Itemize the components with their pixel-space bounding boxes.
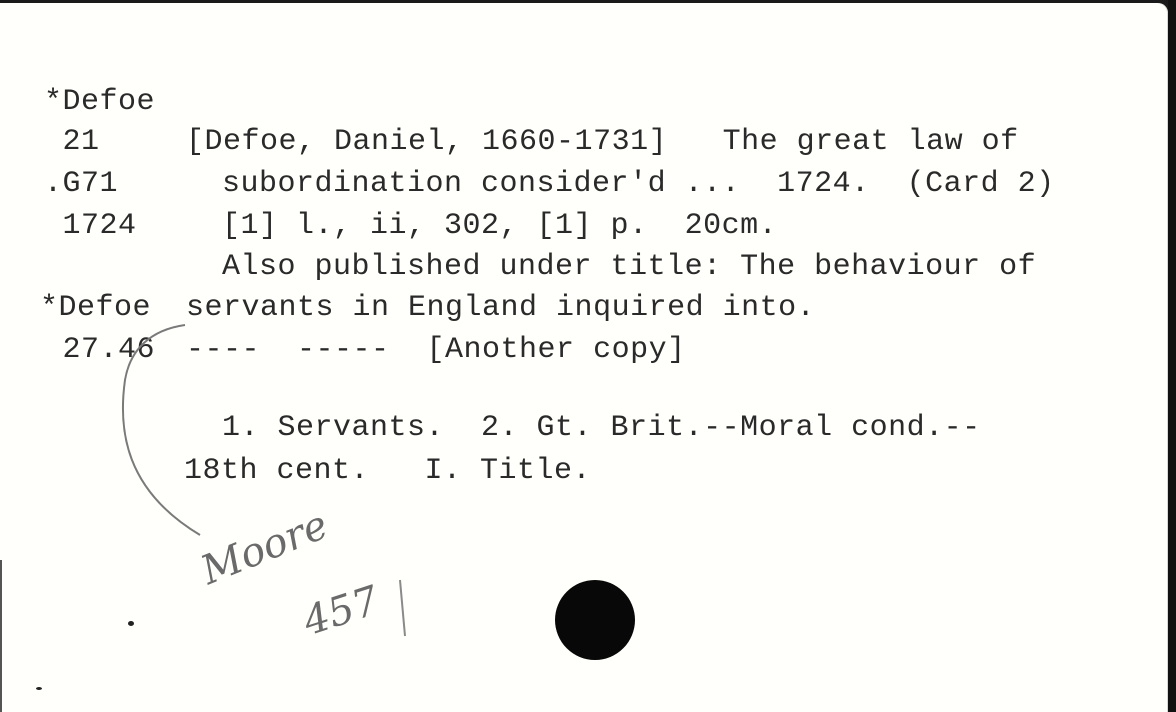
- card-edge: [1168, 0, 1176, 712]
- call-number-1-line-3: .G71: [44, 169, 118, 199]
- call-number-2-line-1: *Defoe: [40, 293, 151, 323]
- card-hole: [555, 580, 635, 660]
- call-number-1-line-4: 1724: [44, 211, 137, 241]
- ink-speck: [36, 687, 42, 690]
- note-line-2: servants in England inquired into.: [186, 293, 815, 323]
- call-number-1-line-2: 21: [44, 127, 100, 157]
- handwritten-name: Moore: [195, 502, 335, 594]
- ink-speck: [128, 621, 134, 626]
- call-number-1-line-1: *Defoe: [44, 87, 155, 117]
- collation-line: [1] l., ii, 302, [1] p. 20cm.: [222, 211, 777, 241]
- note-line-1: Also published under title: The behaviou…: [222, 252, 1036, 282]
- tracings-line-2: 18th cent. I. Title.: [184, 456, 591, 486]
- handwritten-number: 457: [298, 578, 385, 645]
- heading-line: [Defoe, Daniel, 1660-1731] The great law…: [186, 127, 1019, 157]
- tracings-line-1: 1. Servants. 2. Gt. Brit.--Moral cond.--: [222, 413, 981, 443]
- card-edge: [0, 560, 2, 712]
- another-copy-line: ---- ----- [Another copy]: [186, 335, 686, 365]
- call-number-2-line-2: 27.46: [44, 335, 155, 365]
- catalog-card: *Defoe 21 .G71 1724 [Defoe, Daniel, 1660…: [0, 3, 1168, 712]
- title-line: subordination consider'd ... 1724. (Card…: [222, 169, 1055, 199]
